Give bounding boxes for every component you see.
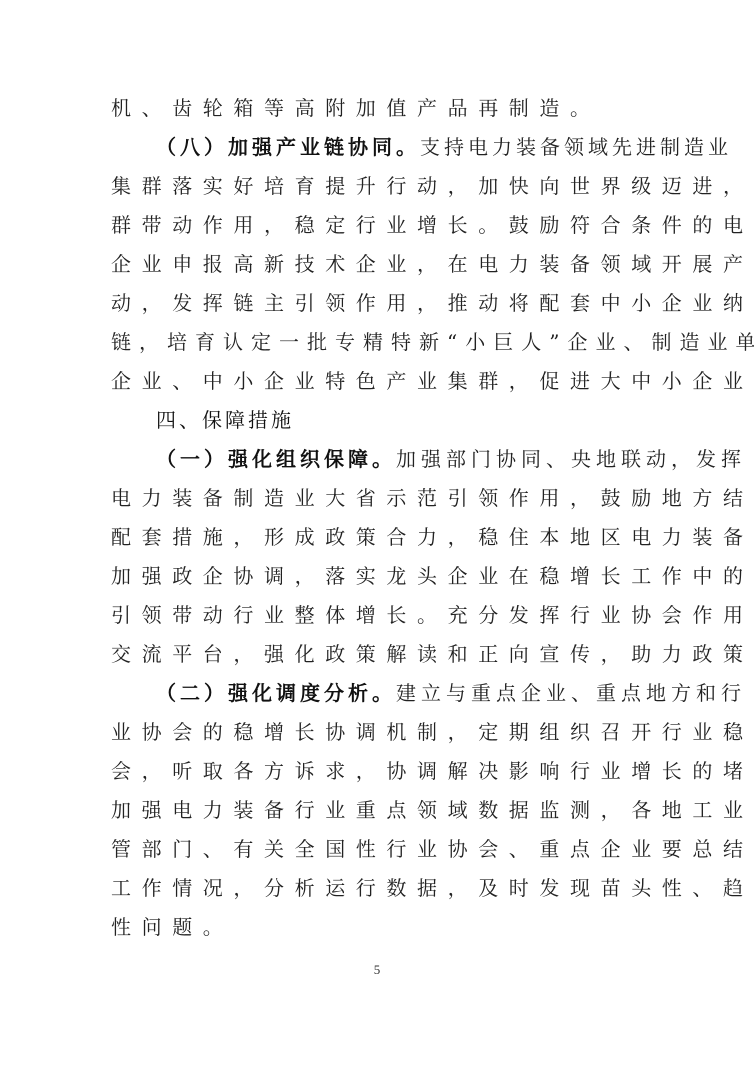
chapter-heading: 四、保障措施 bbox=[156, 406, 642, 434]
line-text: 管部门、有关全国性行业协会、重点企业要总结行业稳增长 bbox=[111, 837, 754, 861]
line-text: 动，发挥链主引领作用，推动将配套中小企业纳入重要供应 bbox=[111, 291, 754, 315]
section-8-heading-line: （八）加强产业链协同。支持电力装备领域先进制造业 bbox=[156, 133, 642, 161]
body-line: 会，听取各方诉求，协调解决影响行业增长的堵点、难点。 bbox=[111, 757, 642, 785]
line-text: 链，培育认定一批专精特新“小巨人”企业、制造业单项冠军 bbox=[111, 330, 754, 354]
body-line: 机、齿轮箱等高附加值产品再制造。 bbox=[111, 94, 642, 122]
section-2-heading-line: （二）强化调度分析。建立与重点企业、重点地方和行 bbox=[156, 679, 642, 707]
body-line: 链，培育认定一批专精特新“小巨人”企业、制造业单项冠军 bbox=[111, 328, 642, 356]
heading-text: 四、保障措施 bbox=[156, 408, 294, 432]
body-line: 动，发挥链主引领作用，推动将配套中小企业纳入重要供应 bbox=[111, 289, 642, 317]
body-line: 性问题。 bbox=[111, 913, 642, 941]
line-text: 群带动作用，稳定行业增长。鼓励符合条件的电力装备领域 bbox=[111, 213, 754, 237]
section-lead: （八）加强产业链协同。 bbox=[156, 135, 420, 159]
body-line: 集群落实好培育提升行动，加快向世界级迈进，发挥重点集 bbox=[111, 172, 642, 200]
line-text: 建立与重点企业、重点地方和行 bbox=[396, 681, 746, 705]
body-line: 加强电力装备行业重点领域数据监测，各地工业和信息化主 bbox=[111, 796, 642, 824]
body-line: 电力装备制造业大省示范引领作用，鼓励地方结合实际出台 bbox=[111, 484, 642, 512]
section-lead: （一）强化组织保障。 bbox=[156, 447, 396, 471]
line-text: 企业申报高新技术企业，在电力装备领域开展产业链共链行 bbox=[111, 252, 754, 276]
line-text: 加强部门协同、央地联动，发挥 bbox=[396, 447, 746, 471]
line-text: 业协会的稳增长协调机制，定期组织召开行业稳增长座谈 bbox=[111, 720, 754, 744]
body-line: 引领带动行业整体增长。充分发挥行业协会作用，搭建行业 bbox=[111, 601, 642, 629]
body-line: 交流平台，强化政策解读和正向宣传，助力政策落实。 bbox=[111, 640, 642, 668]
section-1-heading-line: （一）强化组织保障。加强部门协同、央地联动，发挥 bbox=[156, 445, 642, 473]
body-line: 群带动作用，稳定行业增长。鼓励符合条件的电力装备领域 bbox=[111, 211, 642, 239]
line-text: 加强政企协调，落实龙头企业在稳增长工作中的主体作用， bbox=[111, 564, 754, 588]
body-line: 企业申报高新技术企业，在电力装备领域开展产业链共链行 bbox=[111, 250, 642, 278]
body-line: 配套措施，形成政策合力，稳住本地区电力装备行业增长。 bbox=[111, 523, 642, 551]
document-page: 机、齿轮箱等高附加值产品再制造。 （八）加强产业链协同。支持电力装备领域先进制造… bbox=[0, 0, 754, 1067]
line-text: 会，听取各方诉求，协调解决影响行业增长的堵点、难点。 bbox=[111, 759, 754, 783]
line-text: 机、齿轮箱等高附加值产品再制造。 bbox=[111, 96, 601, 120]
body-line: 业协会的稳增长协调机制，定期组织召开行业稳增长座谈 bbox=[111, 718, 642, 746]
line-text: 电力装备制造业大省示范引领作用，鼓励地方结合实际出台 bbox=[111, 486, 754, 510]
body-line: 工作情况，分析运行数据，及时发现苗头性、趋势性、潜在 bbox=[111, 874, 642, 902]
line-text: 配套措施，形成政策合力，稳住本地区电力装备行业增长。 bbox=[111, 525, 754, 549]
line-text: 支持电力装备领域先进制造业 bbox=[420, 135, 732, 159]
body-line: 企业、中小企业特色产业集群，促进大中小企业融通发展。 bbox=[111, 367, 642, 395]
section-lead: （二）强化调度分析。 bbox=[156, 681, 396, 705]
line-text: 加强电力装备行业重点领域数据监测，各地工业和信息化主 bbox=[111, 798, 754, 822]
line-text: 工作情况，分析运行数据，及时发现苗头性、趋势性、潜在 bbox=[111, 876, 754, 900]
line-text: 企业、中小企业特色产业集群，促进大中小企业融通发展。 bbox=[111, 369, 754, 393]
body-line: 加强政企协调，落实龙头企业在稳增长工作中的主体作用， bbox=[111, 562, 642, 590]
line-text: 交流平台，强化政策解读和正向宣传，助力政策落实。 bbox=[111, 642, 754, 666]
line-text: 性问题。 bbox=[111, 915, 233, 939]
page-number: 5 bbox=[0, 962, 754, 978]
body-line: 管部门、有关全国性行业协会、重点企业要总结行业稳增长 bbox=[111, 835, 642, 863]
line-text: 集群落实好培育提升行动，加快向世界级迈进，发挥重点集 bbox=[111, 174, 754, 198]
line-text: 引领带动行业整体增长。充分发挥行业协会作用，搭建行业 bbox=[111, 603, 754, 627]
